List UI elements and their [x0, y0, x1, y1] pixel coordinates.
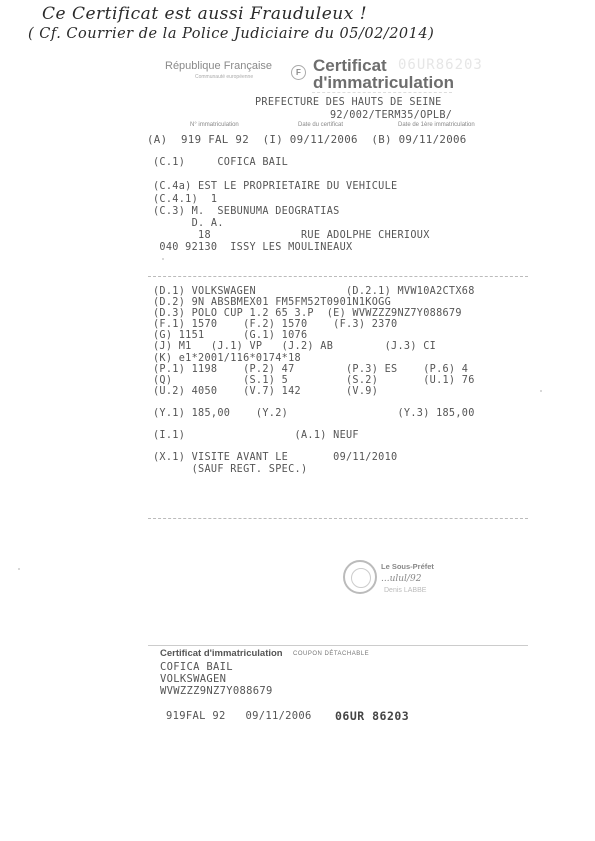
coupon-line: WVWZZZ9NZ7Y088679	[160, 685, 273, 697]
prefecture: PREFECTURE DES HAUTS DE SEINE	[255, 97, 442, 108]
holder-line: D. A.	[153, 218, 430, 230]
vehicle-block: (D.1) VOLKSWAGEN (D.2.1) MVW10A2CTX68(D.…	[153, 286, 475, 475]
vehicle-field-line: (I.1) (A.1) NEUF	[153, 430, 475, 441]
scan-speck	[540, 390, 542, 392]
prefecture-reference: 92/002/TERM35/OPLB/	[330, 110, 452, 121]
holder-line	[153, 169, 430, 181]
france-f-badge: F	[291, 65, 306, 80]
coupon-title: Certificat d'immatriculation	[160, 648, 283, 659]
coupon-line: VOLKSWAGEN	[160, 673, 273, 685]
vehicle-field-line: (U.2) 4050 (V.7) 142 (V.9)	[153, 386, 475, 397]
handwritten-annotation-line1: Ce Certificat est aussi Frauduleux !	[42, 4, 367, 24]
faint-serial-number: 06UR86203	[398, 57, 483, 73]
vehicle-field-line	[153, 419, 475, 430]
label-date-first-registration: Date de 1ère immatriculation	[398, 122, 475, 128]
vehicle-field-line: (G) 1151 (G.1) 1076	[153, 330, 475, 341]
divider-1	[148, 276, 528, 277]
official-stamp	[343, 560, 377, 594]
coupon-plate-date: 919FAL 92 09/11/2006	[166, 710, 312, 722]
holder-line: (C.3) M. SEBUNUMA DEOGRATIAS	[153, 206, 430, 218]
vehicle-field-line: (Q) (S.1) 5 (S.2) (U.1) 76	[153, 375, 475, 386]
holder-line: 18 RUE ADOLPHE CHERIOUX	[153, 230, 430, 242]
republic-sublabel: Communauté européenne	[195, 74, 253, 80]
vehicle-field-line: (SAUF REGT. SPEC.)	[153, 464, 475, 475]
signatory-name: Denis LABBE	[384, 587, 426, 594]
vehicle-field-line: (X.1) VISITE AVANT LE 09/11/2010	[153, 452, 475, 463]
coupon-subtitle: COUPON DÉTACHABLE	[293, 651, 369, 657]
certificate-title-line2: d'immatriculation	[313, 74, 454, 91]
holder-line: (C.1) COFICA BAIL	[153, 157, 430, 169]
vehicle-field-line	[153, 397, 475, 408]
vehicle-field-line: (D.2) 9N ABSBMEX01 FM5FM52T0901N1KOGG	[153, 297, 475, 308]
vehicle-field-line	[153, 441, 475, 452]
republic-label: République Française	[165, 60, 272, 72]
label-date-certificat: Date du certificat	[298, 122, 343, 128]
holder-line: 040 92130 ISSY LES MOULINEAUX	[153, 242, 430, 254]
holder-line: (C.4a) EST LE PROPRIETAIRE DU VEHICULE	[153, 181, 430, 193]
coupon-line: COFICA BAIL	[160, 661, 273, 673]
label-immatriculation: N° immatriculation	[190, 122, 239, 128]
scan-speck	[162, 258, 164, 260]
vehicle-field-line: (K) e1*2001/116*0174*18	[153, 353, 475, 364]
handwritten-annotation-line2: ( Cf. Courrier de la Police Judiciaire d…	[28, 26, 434, 42]
vehicle-field-line: (D.3) POLO CUP 1.2 65 3.P (E) WVWZZZ9NZ7…	[153, 308, 475, 319]
signatory-title: Le Sous-Préfet	[381, 562, 434, 571]
coupon-lines: COFICA BAILVOLKSWAGENWVWZZZ9NZ7Y088679	[160, 661, 273, 697]
certificate-title-line1: Certificat	[313, 57, 387, 74]
signature: ...ulul/92	[381, 574, 421, 584]
coupon-serial: 06UR 86203	[335, 709, 409, 723]
holder-line: (C.4.1) 1	[153, 194, 430, 206]
vehicle-field-line: (J) M1 (J.1) VP (J.2) AB (J.3) CI	[153, 341, 475, 352]
title-underline	[312, 92, 452, 93]
registration-line: (A) 919 FAL 92 (I) 09/11/2006 (B) 09/11/…	[147, 133, 467, 146]
vehicle-field-line: (D.1) VOLKSWAGEN (D.2.1) MVW10A2CTX68	[153, 286, 475, 297]
coupon-separator	[148, 645, 528, 646]
vehicle-field-line: (Y.1) 185,00 (Y.2) (Y.3) 185,00	[153, 408, 475, 419]
holder-block: (C.1) COFICA BAIL (C.4a) EST LE PROPRIET…	[153, 157, 430, 255]
scan-speck	[18, 568, 20, 570]
vehicle-field-line: (F.1) 1570 (F.2) 1570 (F.3) 2370	[153, 319, 475, 330]
vehicle-field-line: (P.1) 1198 (P.2) 47 (P.3) ES (P.6) 4	[153, 364, 475, 375]
divider-2	[148, 518, 528, 519]
